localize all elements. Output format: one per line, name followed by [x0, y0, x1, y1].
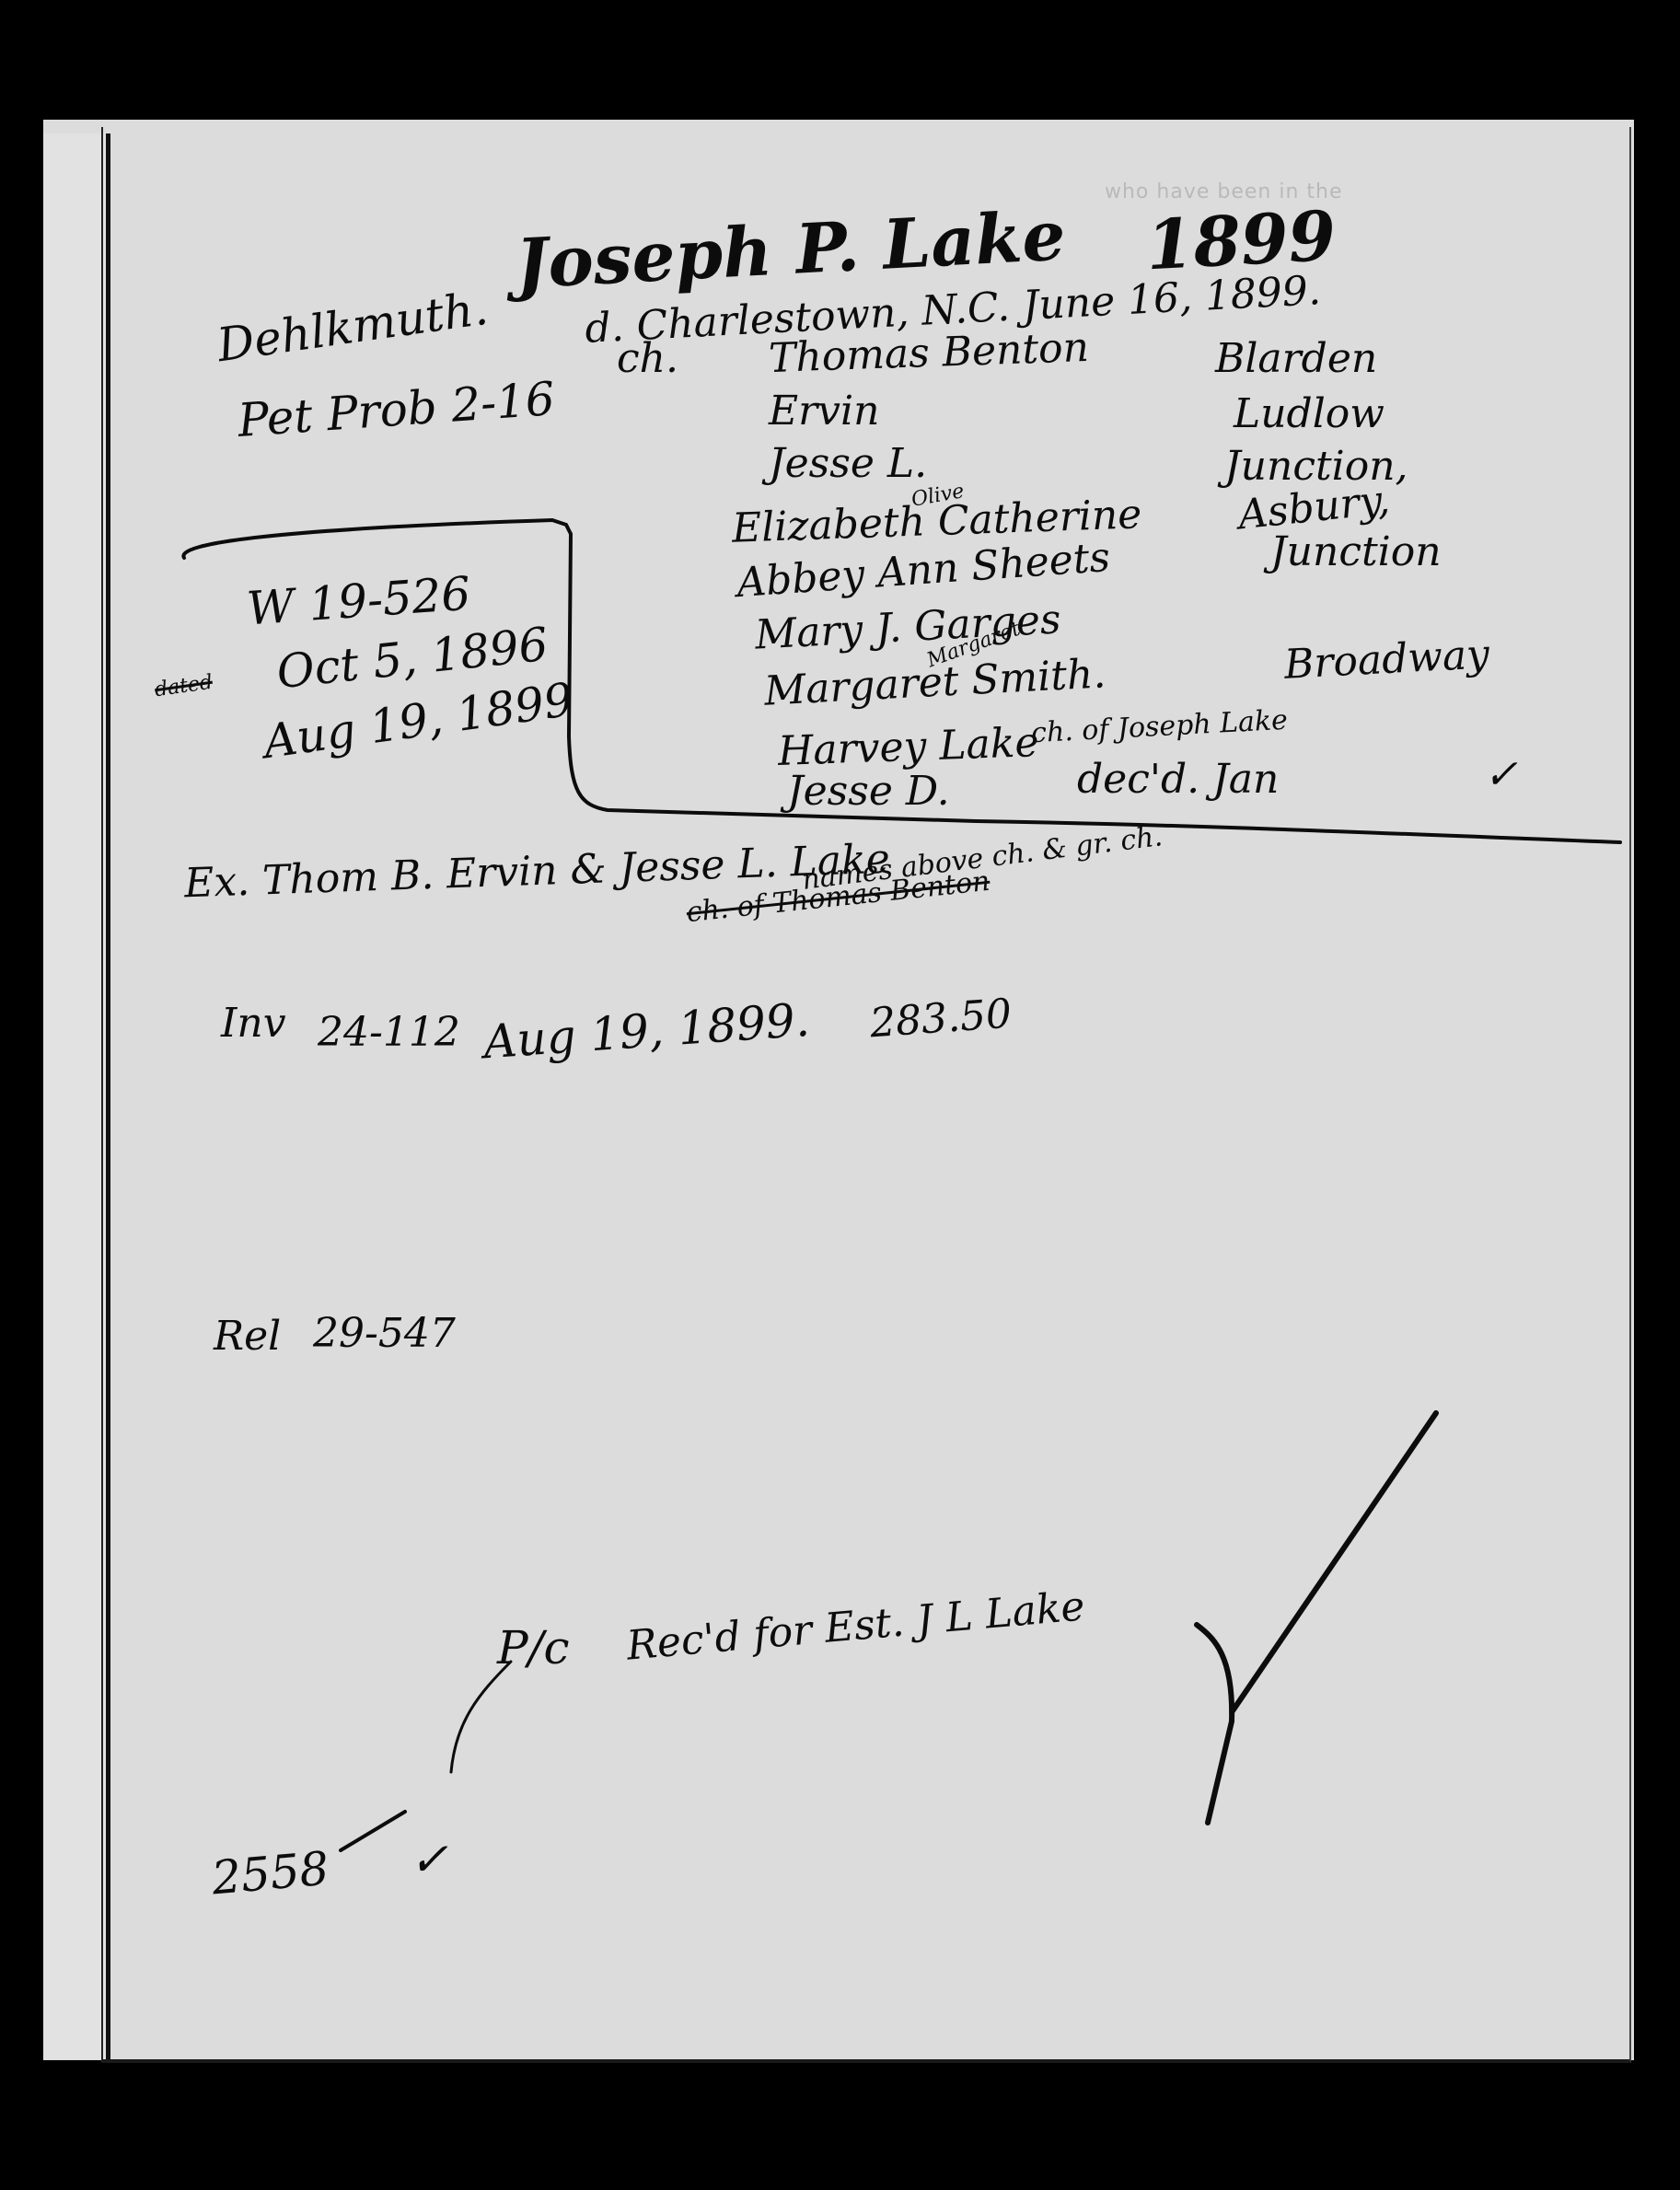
inventory-ref: 24-112: [318, 1013, 460, 1053]
inventory-label: Inv: [221, 1003, 286, 1044]
child-name: Jesse D.: [787, 771, 950, 812]
release-ref: 29-547: [313, 1314, 456, 1354]
inventory-amount: 283.50: [869, 994, 1014, 1045]
child-name: Thomas Benton: [768, 328, 1089, 379]
children-label: ch.: [617, 339, 678, 379]
child-place: Junction: [1270, 532, 1442, 573]
file-number: 2558: [210, 1846, 330, 1902]
child-name: Jesse L.: [769, 444, 927, 484]
child-name: Ervin: [769, 391, 879, 432]
check-icon: ✓: [410, 1837, 448, 1883]
child-place: Broadway: [1283, 634, 1490, 686]
child-note: dec'd. Jan: [1077, 759, 1279, 800]
release-label: Rel: [214, 1316, 281, 1357]
child-place: Ludlow: [1234, 394, 1385, 435]
child-name: Harvey Lake: [777, 723, 1039, 772]
check-icon: ✓: [1484, 755, 1518, 795]
receipt-prefix: P/c: [497, 1625, 570, 1671]
child-place: Blarden: [1215, 339, 1377, 379]
